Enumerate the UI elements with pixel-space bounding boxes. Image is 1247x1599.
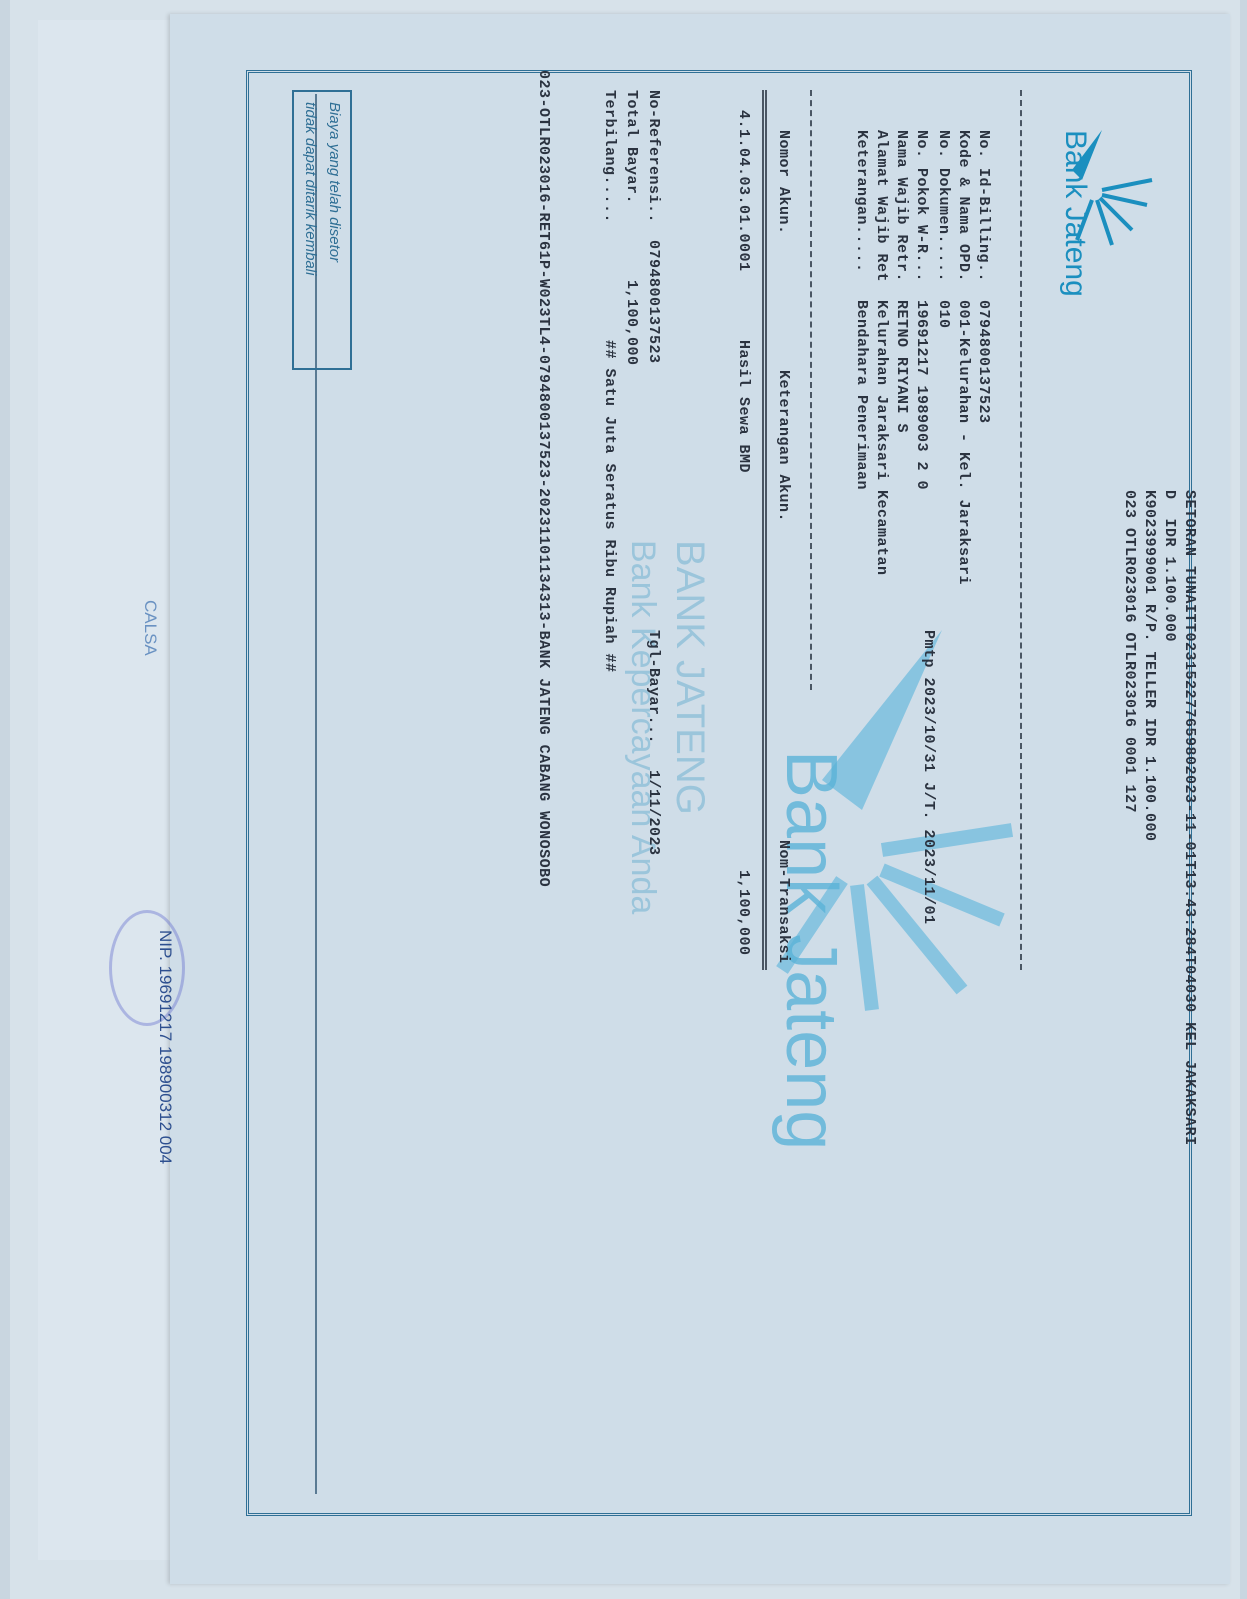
receipt-content: Bank Jateng Bank Jateng BANK JATENG Bank…: [212, 70, 1192, 1550]
account-number: 4.1.04.03.01.0001: [735, 110, 752, 272]
nip-text: NIP. 19691217 198900312 004: [155, 930, 175, 1164]
header-line-2: D IDR 1.100.000: [1161, 490, 1178, 642]
dashed-divider-mid: [810, 90, 812, 690]
pay-date-label: Tgl-Bayar...: [645, 630, 662, 744]
field-label-billing: No. Id-Billing..: [975, 130, 992, 282]
account-amount: 1,100,000: [735, 870, 752, 956]
watermark-bank-name: BANK JATENG: [667, 540, 712, 815]
field-label-name: Nama Wajib Retr.: [893, 130, 910, 282]
header-line-4: 023 OTLR023016 OTLR023016 0001 127: [1121, 490, 1138, 813]
field-value-billing: 0794800137523: [975, 300, 992, 424]
account-header-number: Nomor Akun.: [775, 130, 792, 235]
reference-value: 0794800137523: [645, 240, 662, 364]
bank-logo-icon: [1022, 110, 1172, 330]
account-header-description: Keterangan Akun.: [775, 370, 792, 522]
pay-date-value: 1/11/2023: [645, 770, 662, 856]
field-value-address: Kelurahan Jaraksari Kecamatan: [873, 300, 890, 576]
field-value-notes: Bendahara Penerimaan: [853, 300, 870, 490]
header-line-1: SETORAN TUNAITT023152277659802023-11-01T…: [1181, 490, 1198, 1146]
reference-label: No-Referensi..: [645, 90, 662, 223]
field-label-document: No. Dokumen.....: [935, 130, 952, 282]
account-header-amount: Nom-Transaksi: [775, 840, 792, 964]
field-label-notes: Keterangan.....: [853, 130, 870, 273]
field-value-document: 010: [935, 300, 952, 329]
field-label-address: Alamat Wajib Ret: [873, 130, 890, 282]
field-value-name: RETNO RIYANI S: [893, 300, 910, 433]
field-label-npwr: No. Pokok W-R...: [913, 130, 930, 282]
field-value-opd: 001-Kelurahan - Kel. Jaraksari: [955, 300, 972, 585]
footer-transaction-code: 023-OTLR023016-RET61P-W023TL4-0794800137…: [535, 70, 552, 887]
notice-box: Biaya yang telah disetor tidak dapat dit…: [292, 90, 352, 370]
spelled-value: ## Satu Juta Seratus Ribu Rupiah ##: [601, 340, 618, 673]
total-value: 1,100,000: [623, 280, 640, 366]
double-divider: [762, 90, 767, 970]
field-period: Pmtp 2023/10/31 J/T. 2023/11/01: [920, 630, 937, 925]
total-label: Total Bayar.: [623, 90, 640, 204]
bank-name: Bank Jateng: [1058, 130, 1092, 297]
account-description: Hasil Sewa BMD: [735, 340, 752, 473]
notice-line-2: tidak dapat ditarik kembali: [298, 102, 322, 358]
field-value-npwr: 19691217 1989003 2 0: [913, 300, 930, 490]
stamp-text: CALSA: [140, 600, 160, 656]
spelled-label: Terbilang.....: [601, 90, 618, 223]
header-line-3: K9023999001 R/P. TELLER IDR 1.100.000: [1141, 490, 1158, 842]
field-label-opd: Kode & Nama OPD.: [955, 130, 972, 282]
dashed-divider-top: [1020, 90, 1022, 970]
notice-line-1: Biaya yang telah disetor: [322, 102, 346, 358]
